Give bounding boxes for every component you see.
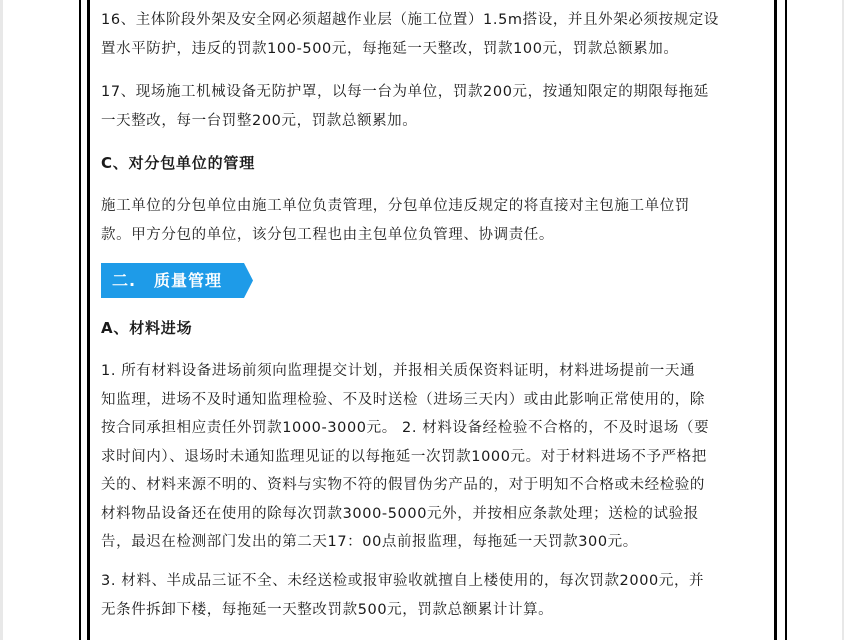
item-17-line-1: 17、现场施工机械设备无防护罩，以每一台为单位，罚款200元，按通知限定的期限每… bbox=[101, 78, 761, 107]
chapter-title: 质量管理 bbox=[154, 263, 222, 298]
section-a-p1-line-2: 知监理，进场不及时通知监理检验、不及时送检（进场三天内）或由此影响正常使用的，除 bbox=[101, 386, 761, 415]
section-a-p3-line-2: 无条件拆卸下楼，每拖延一天整改罚款500元，罚款总额累计计算。 bbox=[101, 596, 761, 625]
section-c-heading: C、对分包单位的管理 bbox=[101, 149, 255, 177]
section-c-line-2: 款。甲方分包的单位，该分包工程也由主包单位负管理、协调责任。 bbox=[101, 221, 761, 250]
section-c-line-1: 施工单位的分包单位由施工单位负责管理，分包单位违反规定的将直接对主包施工单位罚 bbox=[101, 192, 761, 221]
item-16-line-1: 16、主体阶段外架及安全网必须超越作业层（施工位置）1.5m搭设，并且外架必须按… bbox=[101, 6, 761, 35]
section-a-p1-line-3: 按合同承担相应责任外罚款1000-3000元。 2. 材料设备经检验不合格的，不… bbox=[101, 414, 761, 443]
border-right-thick bbox=[774, 0, 777, 640]
item-16: 16、主体阶段外架及安全网必须超越作业层（施工位置）1.5m搭设，并且外架必须按… bbox=[101, 6, 761, 63]
section-a-p1-line-6: 材料物品设备还在使用的除每次罚款3000-5000元外，并按相应条款处理；送检的… bbox=[101, 500, 761, 529]
border-right-thin bbox=[785, 0, 787, 640]
section-a-paragraph-3: 3. 材料、半成品三证不全、未经送检或报审验收就擅自上楼使用的，每次罚款2000… bbox=[101, 567, 761, 624]
section-a-p1-line-1: 1. 所有材料设备进场前须向监理提交计划，并报相关质保资料证明，材料进场提前一天… bbox=[101, 357, 761, 386]
section-a-p1-line-5: 关的、材料来源不明的、资料与实物不符的假冒伪劣产品的，对于明知不合格或未经检验的 bbox=[101, 471, 761, 500]
item-16-line-2: 置水平防护，违反的罚款100-500元，每拖延一天整改，罚款100元，罚款总额累… bbox=[101, 35, 761, 64]
section-a-p1-line-4: 求时间内）、退场时未通知监理见证的以每拖延一次罚款1000元。对于材料进场不予严… bbox=[101, 443, 761, 472]
chapter-banner-quality-management: 二. 质量管理 bbox=[101, 263, 253, 298]
border-left-thick bbox=[87, 0, 90, 640]
section-a-paragraph-1: 1. 所有材料设备进场前须向监理提交计划，并报相关质保资料证明，材料进场提前一天… bbox=[101, 357, 761, 557]
chapter-number: 二. bbox=[112, 263, 136, 298]
border-left-thin bbox=[79, 0, 81, 640]
page-edge-left bbox=[0, 0, 3, 640]
item-17: 17、现场施工机械设备无防护罩，以每一台为单位，罚款200元，按通知限定的期限每… bbox=[101, 78, 761, 135]
section-a-p1-line-7: 告，最迟在检测部门发出的第二天17：00点前报监理，每拖延一天罚款300元。 bbox=[101, 528, 761, 557]
section-c-paragraph: 施工单位的分包单位由施工单位负责管理，分包单位违反规定的将直接对主包施工单位罚 … bbox=[101, 192, 761, 249]
section-a-p3-line-1: 3. 材料、半成品三证不全、未经送检或报审验收就擅自上楼使用的，每次罚款2000… bbox=[101, 567, 761, 596]
section-a-heading: A、材料进场 bbox=[101, 314, 192, 342]
item-17-line-2: 一天整改，每一台罚整200元，罚款总额累加。 bbox=[101, 107, 761, 136]
